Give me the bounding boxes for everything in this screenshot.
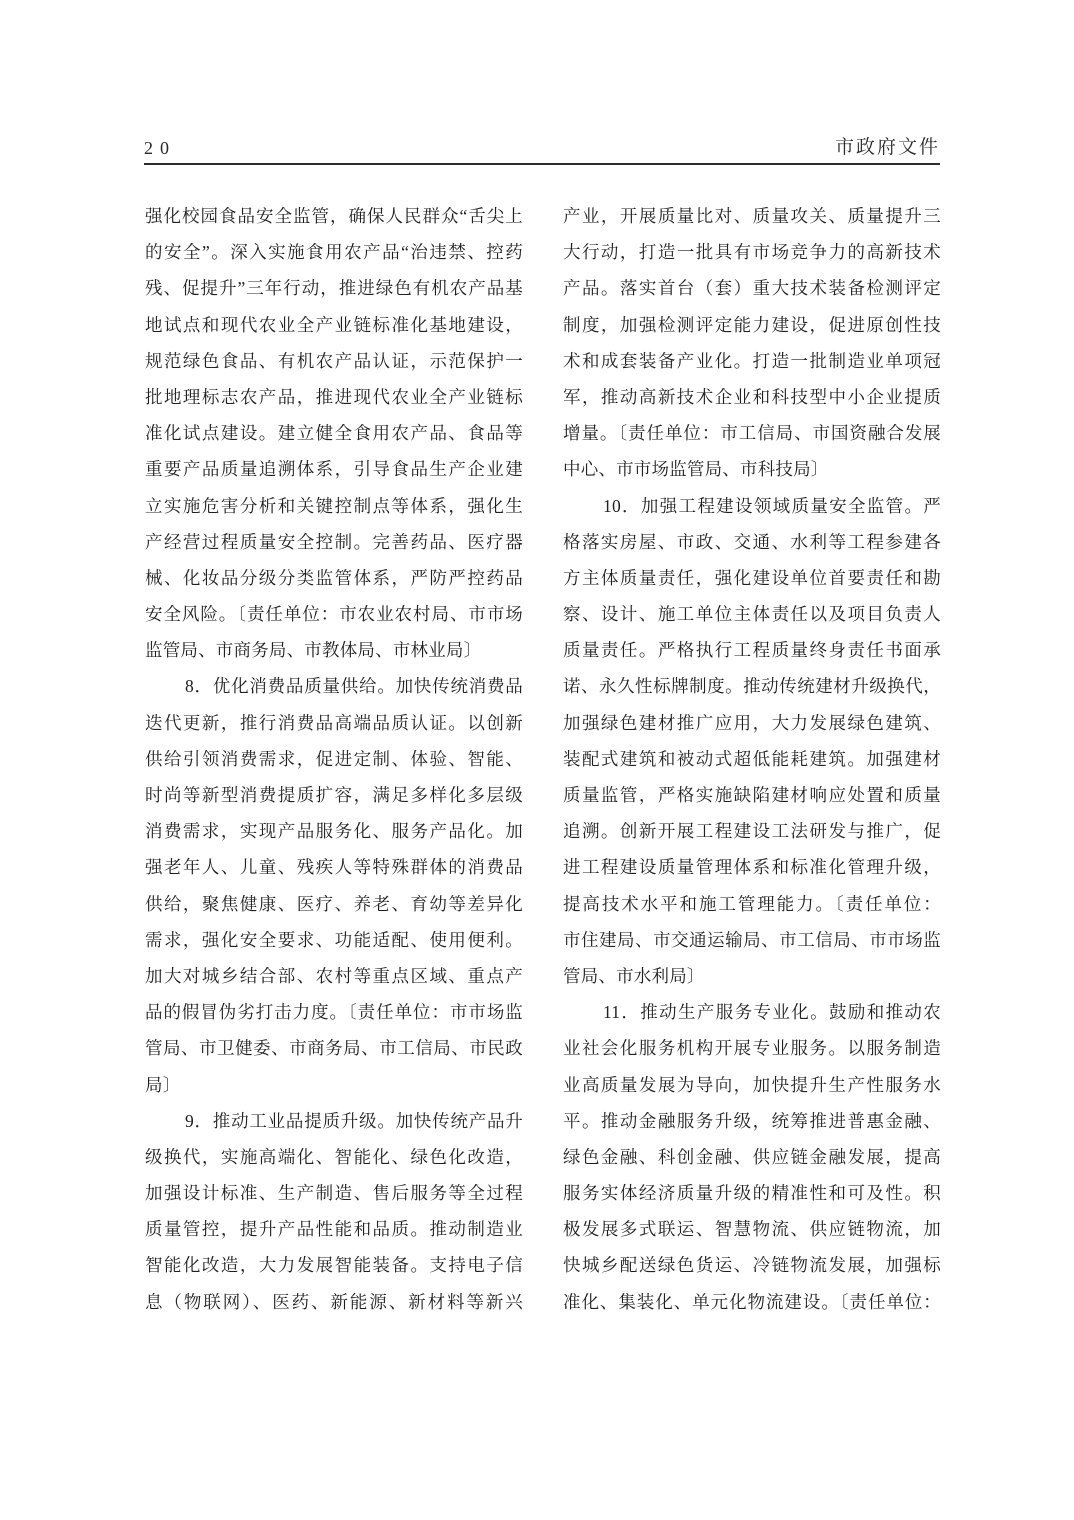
text-line: 进工程建设质量管理体系和标准化管理升级， (563, 849, 941, 885)
text-line: 加强设计标准、生产制造、售后服务等全过程 (145, 1175, 523, 1211)
text-line: 提高技术水平和施工管理能力。〔责任单位： (563, 886, 941, 922)
text-line: 快城乡配送绿色货运、冷链物流发展，加强标 (563, 1247, 941, 1283)
text-line: 察、设计、施工单位主体责任以及项目负责人 (563, 596, 941, 632)
text-line: 规范绿色食品、有机农产品认证，示范保护一 (145, 343, 523, 379)
text-line: 准化、集装化、单元化物流建设。〔责任单位： (563, 1284, 941, 1320)
text-line: 8．优化消费品质量供给。加快传统消费品 (145, 668, 523, 704)
text-line: 智能化改造，大力发展智能装备。支持电子信 (145, 1247, 523, 1283)
text-line: 监管局、市商务局、市教体局、市林业局〕 (145, 632, 523, 668)
text-line: 产品。落实首台（套）重大技术装备检测评定 (563, 270, 941, 306)
text-line: 管局、市水利局〕 (563, 958, 941, 994)
text-line: 业社会化服务机构开展专业服务。以服务制造 (563, 1030, 941, 1066)
text-line: 批地理标志农产品，推进现代农业全产业链标 (145, 379, 523, 415)
text-line: 息（物联网）、医药、新能源、新材料等新兴 (145, 1284, 523, 1320)
text-line: 加大对城乡结合部、农村等重点区域、重点产 (145, 958, 523, 994)
text-line: 立实施危害分析和关键控制点等体系，强化生 (145, 488, 523, 524)
text-line: 械、化妆品分级分类监管体系，严防严控药品 (145, 560, 523, 596)
text-line: 装配式建筑和被动式超低能耗建筑。加强建材 (563, 741, 941, 777)
text-line: 地试点和现代农业全产业链标准化基地建设， (145, 307, 523, 343)
text-line: 追溯。创新开展工程建设工法研发与推广，促 (563, 813, 941, 849)
text-line: 10．加强工程建设领域质量安全监管。严 (563, 488, 941, 524)
text-line: 局〕 (145, 1067, 523, 1103)
text-line: 9．推动工业品提质升级。加快传统产品升 (145, 1103, 523, 1139)
text-line: 供给引领消费需求，促进定制、体验、智能、 (145, 741, 523, 777)
text-line: 格落实房屋、市政、交通、水利等工程参建各 (563, 524, 941, 560)
page-number: 20 (144, 138, 176, 159)
text-line: 质量管控，提升产品性能和品质。推动制造业 (145, 1211, 523, 1247)
text-line: 大行动，打造一批具有市场竞争力的高新技术 (563, 234, 941, 270)
text-line: 的安全”。深入实施食用农产品“治违禁、控药 (145, 234, 523, 270)
text-line: 中心、市市场监管局、市科技局〕 (563, 451, 941, 487)
header-rule (144, 163, 940, 165)
text-line: 级换代，实施高端化、智能化、绿色化改造， (145, 1139, 523, 1175)
text-line: 诺、永久性标牌制度。推动传统建材升级换代， (563, 668, 941, 704)
text-line: 术和成套装备产业化。打造一批制造业单项冠 (563, 343, 941, 379)
document-page: 20 市政府文件 强化校园食品安全监管，确保人民群众“舌尖上的安全”。深入实施食… (0, 0, 1074, 1520)
text-line: 管局、市卫健委、市商务局、市工信局、市民政 (145, 1030, 523, 1066)
text-line: 市住建局、市交通运输局、市工信局、市市场监 (563, 922, 941, 958)
left-column: 强化校园食品安全监管，确保人民群众“舌尖上的安全”。深入实施食用农产品“治违禁、… (145, 198, 523, 1320)
text-line: 迭代更新，推行消费品高端品质认证。以创新 (145, 705, 523, 741)
text-line: 供给，聚焦健康、医疗、养老、育幼等差异化 (145, 886, 523, 922)
text-line: 11．推动生产服务专业化。鼓励和推动农 (563, 994, 941, 1030)
header-doc-type: 市政府文件 (835, 132, 940, 159)
text-line: 质量责任。严格执行工程质量终身责任书面承 (563, 632, 941, 668)
text-line: 业高质量发展为导向，加快提升生产性服务水 (563, 1067, 941, 1103)
text-line: 军，推动高新技术企业和科技型中小企业提质 (563, 379, 941, 415)
text-line: 安全风险。〔责任单位：市农业农村局、市市场 (145, 596, 523, 632)
text-line: 加强绿色建材推广应用，大力发展绿色建筑、 (563, 705, 941, 741)
text-line: 强老年人、儿童、残疾人等特殊群体的消费品 (145, 849, 523, 885)
text-line: 残、促提升”三年行动，推进绿色有机农产品基 (145, 270, 523, 306)
text-line: 极发展多式联运、智慧物流、供应链物流，加 (563, 1211, 941, 1247)
text-line: 质量监管，严格实施缺陷建材响应处置和质量 (563, 777, 941, 813)
text-line: 增量。〔责任单位：市工信局、市国资融合发展 (563, 415, 941, 451)
text-line: 消费需求，实现产品服务化、服务产品化。加 (145, 813, 523, 849)
right-column: 产业，开展质量比对、质量攻关、质量提升三大行动，打造一批具有市场竞争力的高新技术… (563, 198, 941, 1320)
text-line: 需求，强化安全要求、功能适配、使用便利。 (145, 922, 523, 958)
two-column-body: 强化校园食品安全监管，确保人民群众“舌尖上的安全”。深入实施食用农产品“治违禁、… (145, 198, 941, 1320)
text-line: 重要产品质量追溯体系，引导食品生产企业建 (145, 451, 523, 487)
text-line: 强化校园食品安全监管，确保人民群众“舌尖上 (145, 198, 523, 234)
text-line: 服务实体经济质量升级的精准性和可及性。积 (563, 1175, 941, 1211)
text-line: 方主体质量责任，强化建设单位首要责任和勘 (563, 560, 941, 596)
text-line: 品的假冒伪劣打击力度。〔责任单位：市市场监 (145, 994, 523, 1030)
text-line: 产经营过程质量安全控制。完善药品、医疗器 (145, 524, 523, 560)
page-header: 20 市政府文件 (144, 132, 940, 159)
text-line: 产业，开展质量比对、质量攻关、质量提升三 (563, 198, 941, 234)
text-line: 绿色金融、科创金融、供应链金融发展，提高 (563, 1139, 941, 1175)
text-line: 制度，加强检测评定能力建设，促进原创性技 (563, 307, 941, 343)
text-line: 准化试点建设。建立健全食用农产品、食品等 (145, 415, 523, 451)
text-line: 时尚等新型消费提质扩容，满足多样化多层级 (145, 777, 523, 813)
text-line: 平。推动金融服务升级，统筹推进普惠金融、 (563, 1103, 941, 1139)
